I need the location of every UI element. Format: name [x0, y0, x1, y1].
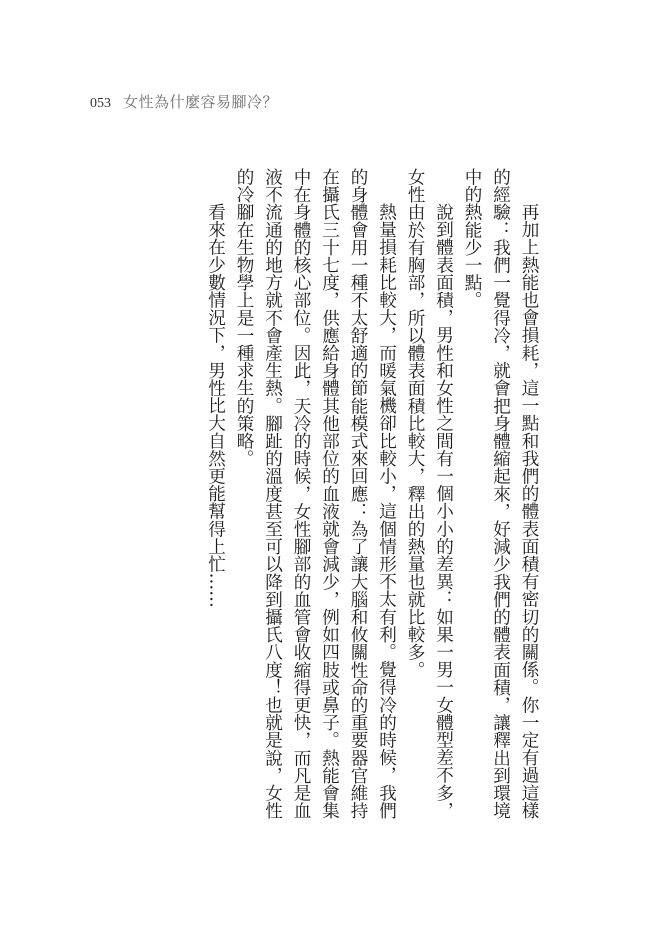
paragraph-energy-saving-mode: 熱量損耗比較大，而暖氣機卻比較小，這個情形不太有利。覺得冷的時候，我們的身體會用… — [230, 168, 401, 828]
page-number: 053 — [90, 96, 111, 112]
paragraph-gender-surface-difference: 說到體表面積，男性和女性之間有一個小小的差異：如果一男一女體型差不多，女性由於有… — [401, 168, 458, 828]
body-text-vertical: 再加上熱能也會損耗，這一點和我們的體表面積有密切的關係。你一定有過這樣的經驗：我… — [201, 168, 543, 828]
chapter-title: 女性為什麼容易腳冷？ — [123, 91, 278, 112]
paragraph-conclusion: 看來在少數情況下，男性比大自然更能幫得上忙…… — [201, 168, 230, 828]
paragraph-body-surface-heat-loss: 再加上熱能也會損耗，這一點和我們的體表面積有密切的關係。你一定有過這樣的經驗：我… — [458, 168, 544, 828]
running-head: 053 女性為什麼容易腳冷？ — [90, 91, 278, 111]
